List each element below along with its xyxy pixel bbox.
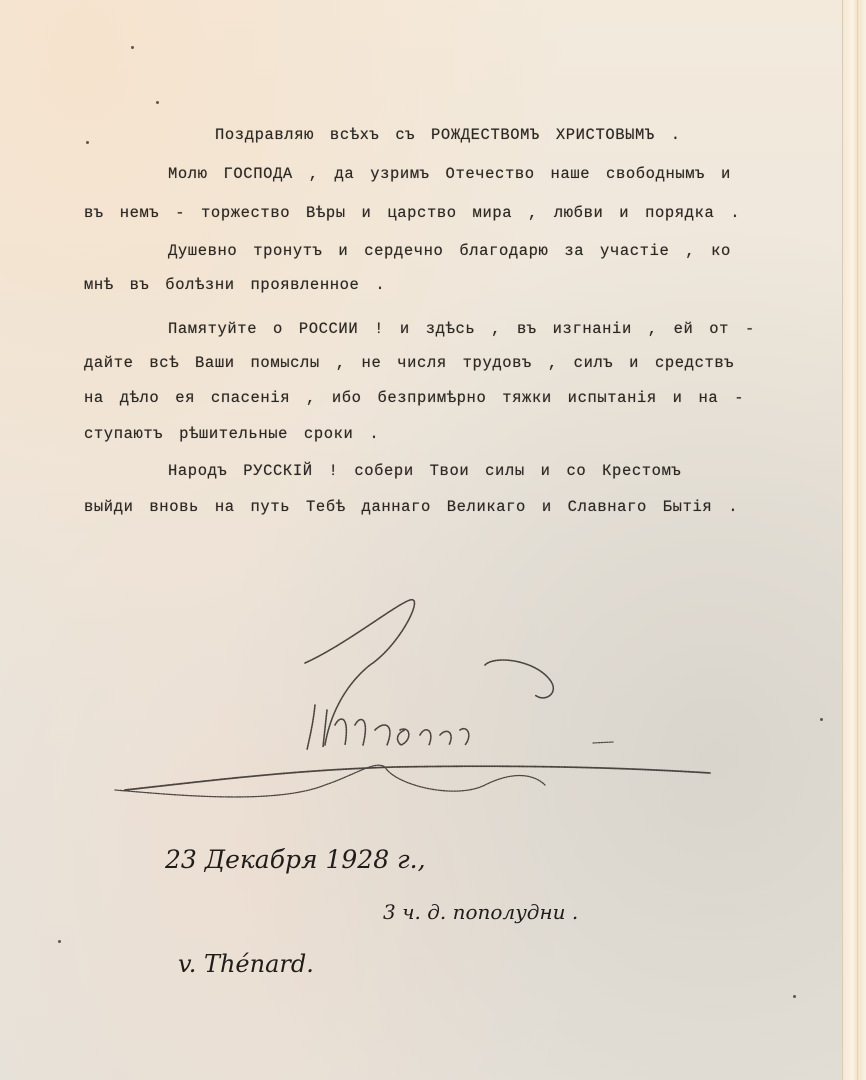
typed-line: Народъ РУССКІЙ ! собери Твои силы и со К… [168,462,681,480]
typed-line: дайте всѣ Ваши помыслы , не числя трудов… [84,354,734,372]
typed-line: ступаютъ рѣшительные сроки . [84,425,379,443]
handwritten-date: 23 Декабря 1928 г., [165,845,426,874]
paper-speck [86,141,89,144]
paper-speck [58,940,61,943]
paper-speck [820,718,823,721]
typed-line-greeting: Поздравляю всѣхъ съ РОЖДЕСТВОМЪ ХРИСТОВЫ… [215,126,681,144]
handwritten-witness: v. Thénard. [178,950,314,978]
signature-nikolai [95,585,735,800]
typed-line: выйди вновь на путь Тебѣ даннаго Великаг… [84,498,738,516]
handwritten-time: 3 ч. д. пополудни . [383,900,578,924]
typed-line: Молю ГОСПОДА , да узримъ Отечество наше … [168,165,731,183]
typed-line: въ немъ - торжество Вѣры и царство мира … [84,204,740,222]
page-edge [842,0,866,1080]
paper-speck [131,46,134,49]
typed-line: Памятуйте о РОССИИ ! и здѣсь , въ изгнан… [168,320,755,338]
typed-line: на дѣло ея спасенія , ибо безпримѣрно тя… [84,389,744,407]
paper-speck [156,101,159,104]
typed-line: Душевно тронутъ и сердечно благодарю за … [168,242,731,260]
typed-line: мнѣ въ болѣзни проявленное . [84,276,385,294]
paper-speck [793,995,796,998]
